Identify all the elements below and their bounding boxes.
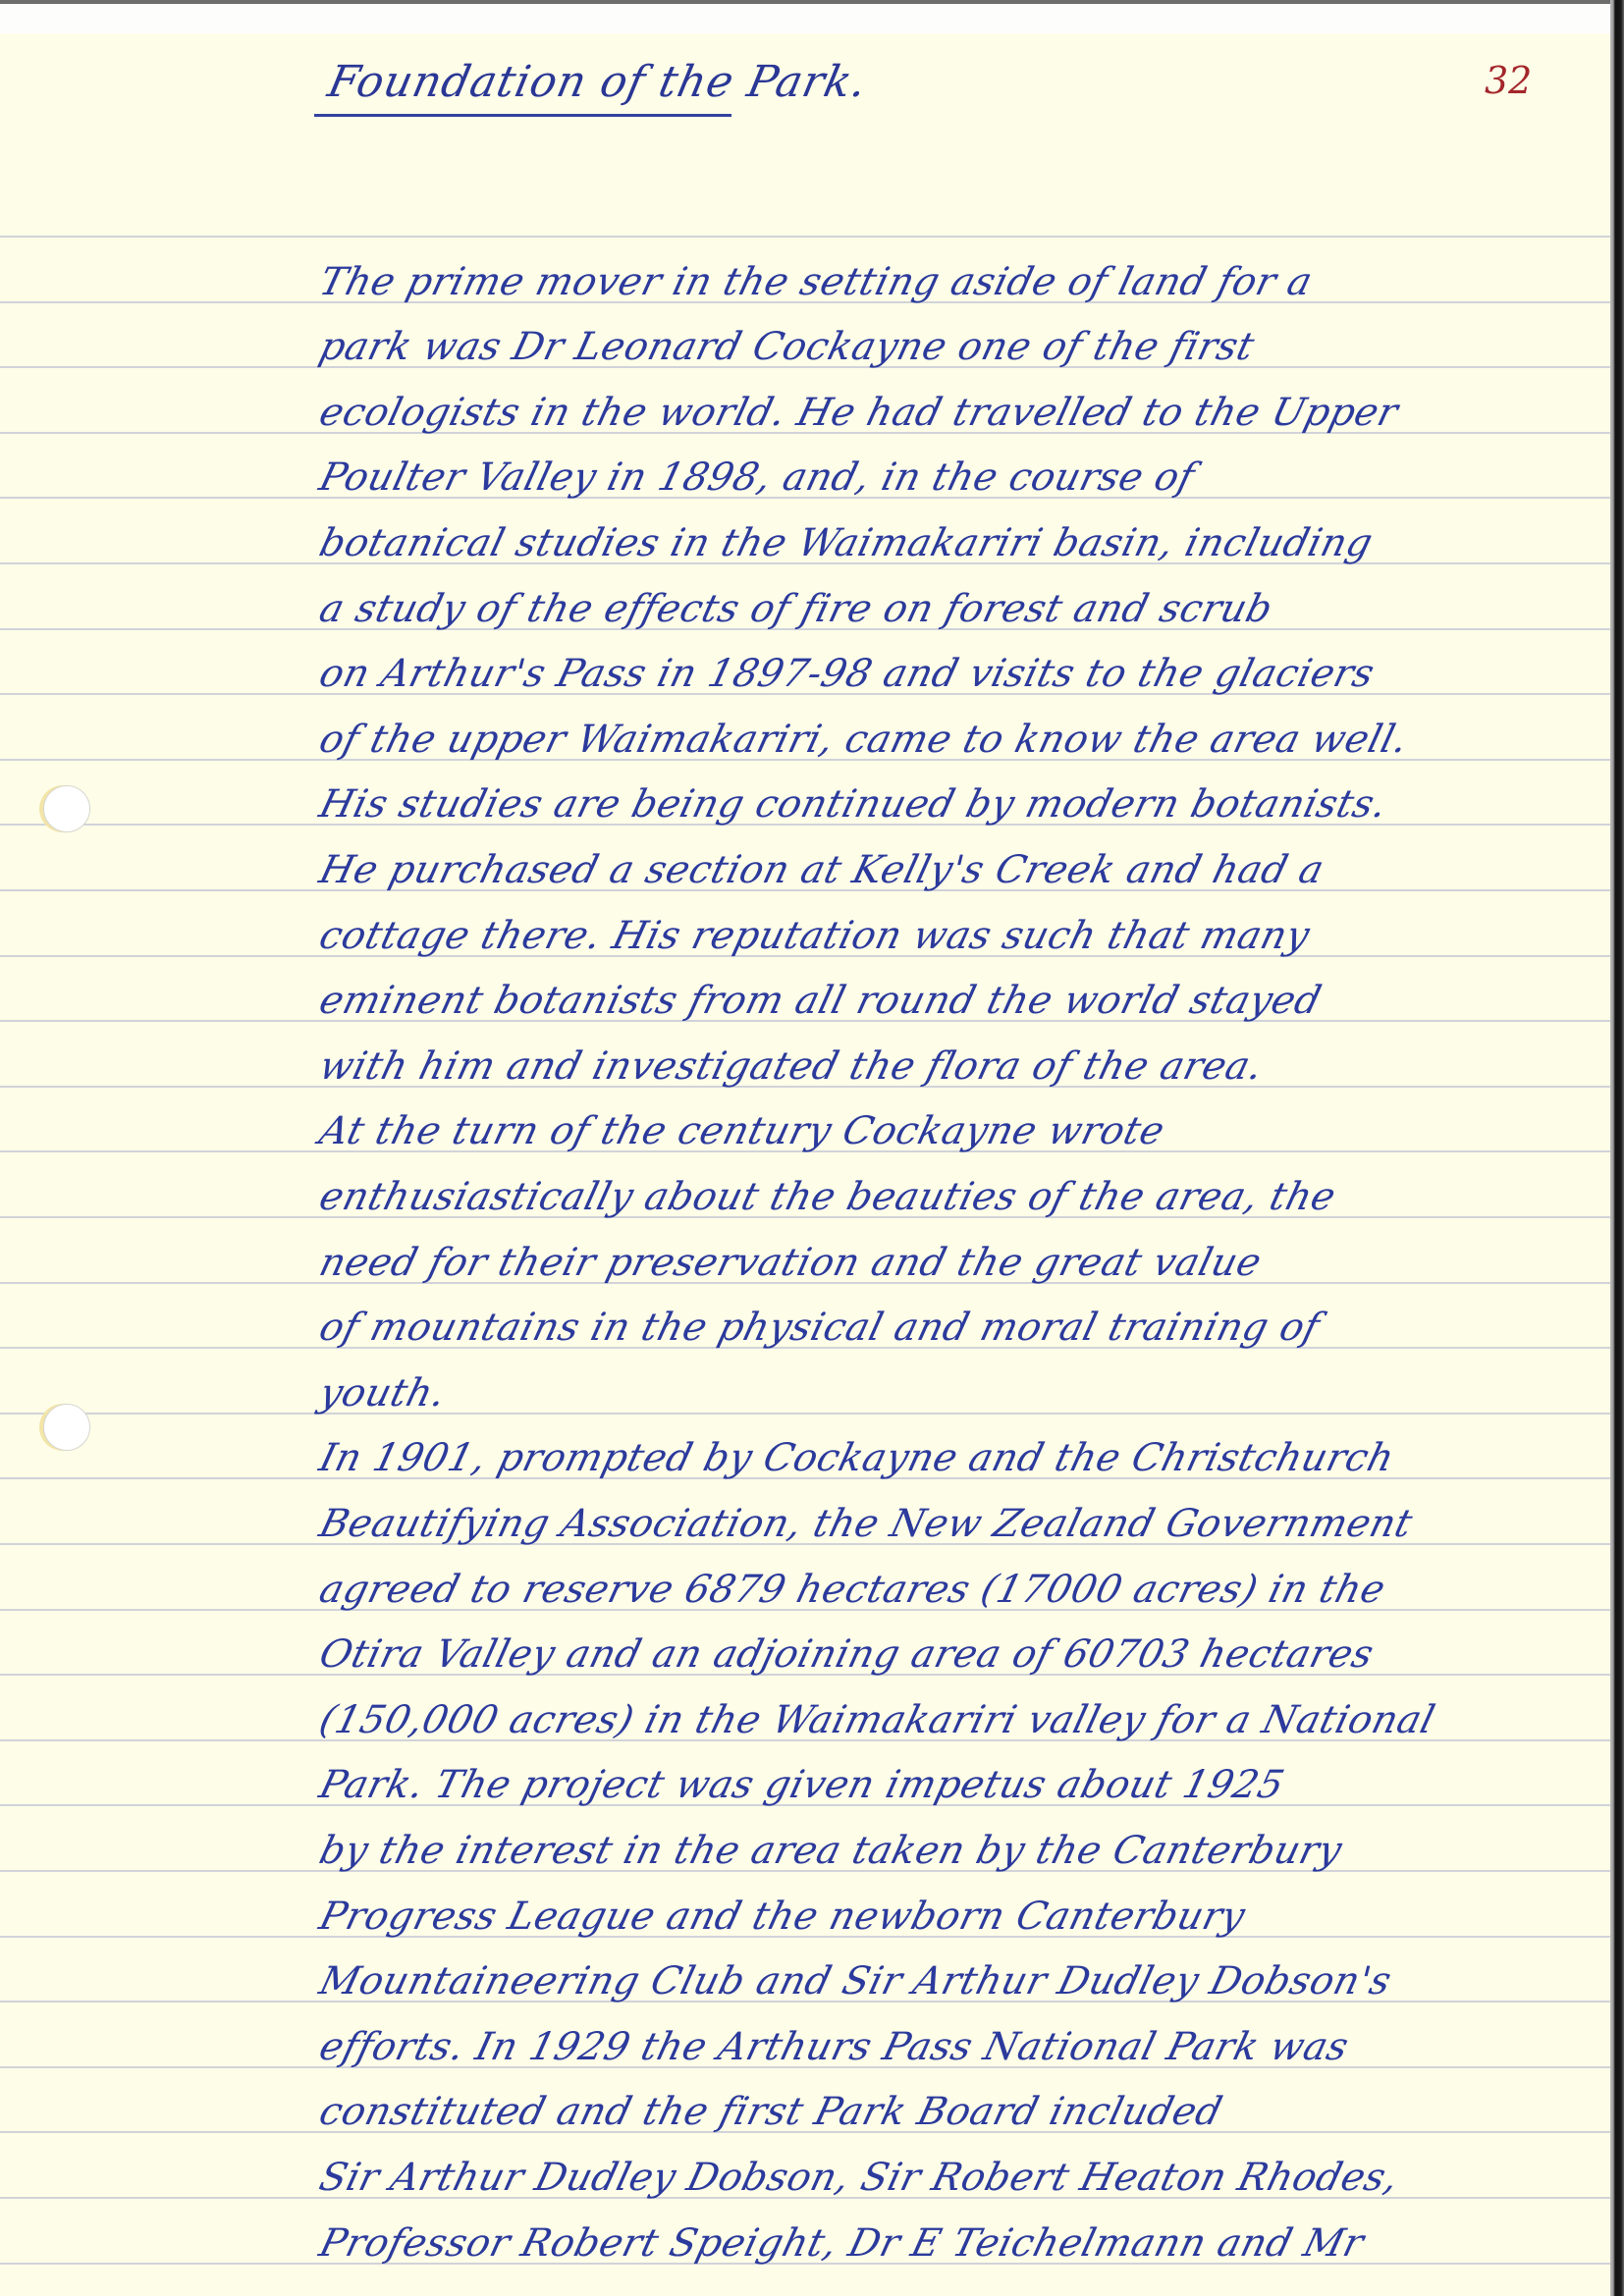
text-line: with him and investigated the flora of t…	[314, 1042, 1593, 1092]
text-line: At the turn of the century Cockayne wrot…	[314, 1107, 1593, 1156]
text-line: eminent botanists from all round the wor…	[314, 977, 1593, 1026]
ruled-line	[0, 236, 1610, 238]
scan-margin	[0, 4, 1610, 33]
text-line: cottage there. His reputation was such t…	[314, 912, 1593, 961]
text-line: Otira Valley and an adjoining area of 60…	[314, 1630, 1593, 1680]
punch-hole	[43, 1404, 90, 1451]
text-line: enthusiastically about the beauties of t…	[314, 1173, 1593, 1222]
text-line: Progress League and the newborn Canterbu…	[314, 1893, 1593, 1942]
text-line: ecologists in the world. He had travelle…	[314, 389, 1593, 438]
text-line: botanical studies in the Waimakariri bas…	[314, 519, 1593, 568]
text-line: His studies are being continued by moder…	[314, 780, 1593, 829]
text-line: constituted and the first Park Board inc…	[314, 2088, 1593, 2137]
text-line: Mountaineering Club and Sir Arthur Dudle…	[314, 1957, 1593, 2006]
text-line: agreed to reserve 6879 hectares (17000 a…	[314, 1566, 1593, 1615]
page-number: 32	[1485, 59, 1532, 102]
text-line: The prime mover in the setting aside of …	[314, 258, 1593, 307]
text-line: youth.	[314, 1369, 1593, 1418]
text-line: Poulter Valley in 1898, and, in the cour…	[314, 454, 1593, 503]
text-line: park was Dr Leonard Cockayne one of the …	[314, 323, 1593, 372]
text-line: In 1901, prompted by Cockayne and the Ch…	[314, 1434, 1593, 1483]
text-line: a study of the effects of fire on forest…	[314, 585, 1593, 634]
text-line: on Arthur's Pass in 1897-98 and visits t…	[314, 650, 1593, 699]
punch-hole	[43, 785, 90, 832]
page-title: Foundation of the Park.	[324, 57, 872, 107]
text-line: Sir Arthur Dudley Dobson, Sir Robert Hea…	[314, 2154, 1593, 2203]
text-line: efforts. In 1929 the Arthurs Pass Nation…	[314, 2023, 1593, 2072]
text-line: of mountains in the physical and moral t…	[314, 1304, 1593, 1353]
text-line: of the upper Waimakariri, came to know t…	[314, 716, 1593, 765]
page-edge-shadow	[1610, 0, 1624, 2296]
title-underline	[314, 114, 731, 117]
text-line: need for their preservation and the grea…	[314, 1239, 1593, 1288]
text-line: by the interest in the area taken by the…	[314, 1827, 1593, 1876]
text-line: Park. The project was given impetus abou…	[314, 1761, 1593, 1810]
text-line: Beautifying Association, the New Zealand…	[314, 1500, 1593, 1549]
text-line: (150,000 acres) in the Waimakariri valle…	[314, 1696, 1593, 1745]
text-line: Professor Robert Speight, Dr E Teichelma…	[314, 2219, 1593, 2269]
text-line: He purchased a section at Kelly's Creek …	[314, 846, 1593, 895]
